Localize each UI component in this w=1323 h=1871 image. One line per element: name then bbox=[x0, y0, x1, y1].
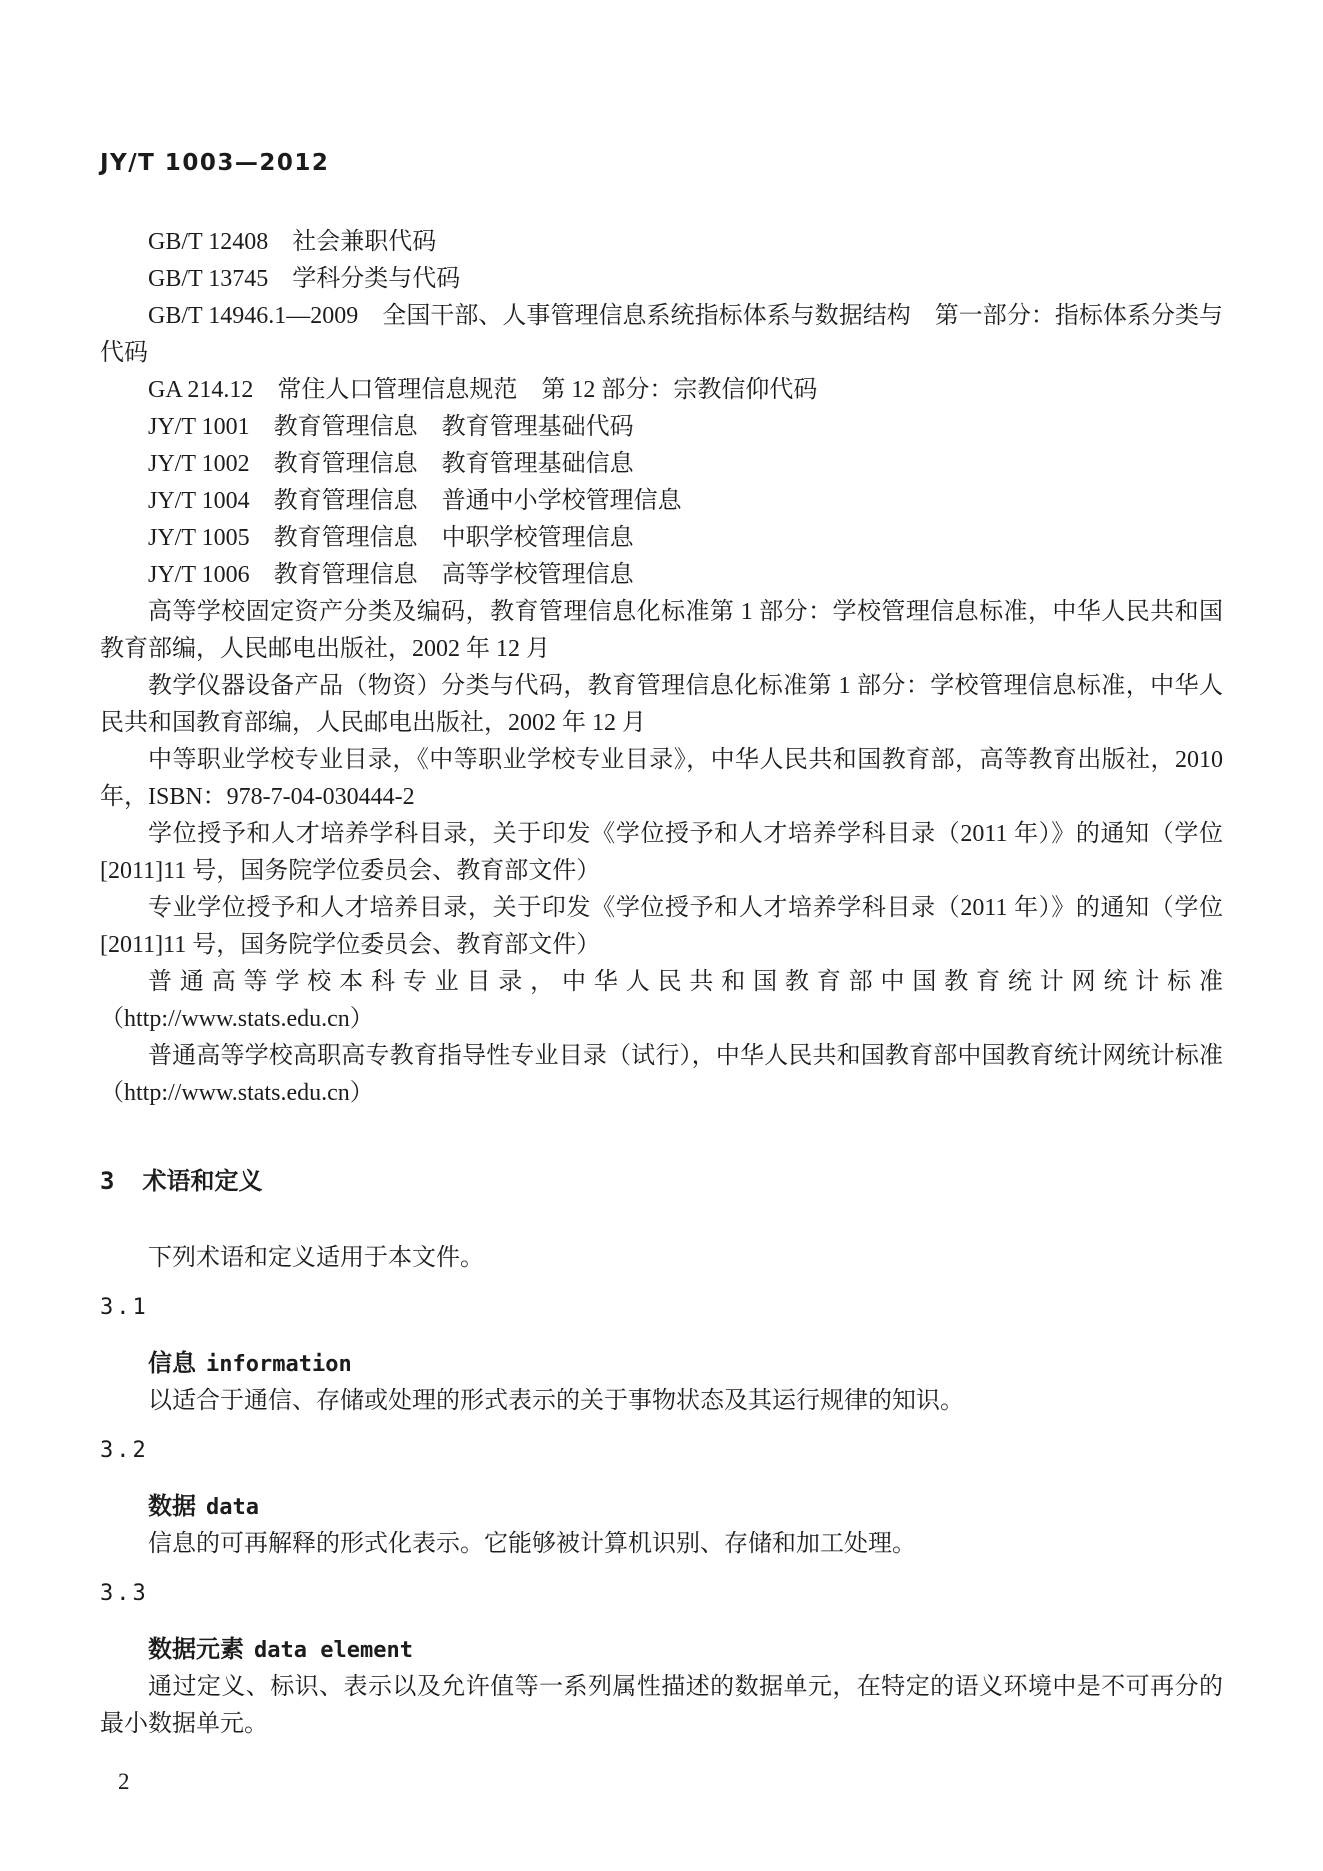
document-code-header: JY/T 1003—2012 bbox=[100, 148, 1223, 178]
term-title-line: 数据元素data element bbox=[100, 1631, 1223, 1669]
term-block-3-1: 3.1 信息information 以适合于通信、存储或处理的形式表示的关于事物… bbox=[100, 1291, 1223, 1420]
reference-item: GB/T 12408 社会兼职代码 bbox=[100, 224, 1223, 261]
term-english: data bbox=[206, 1495, 259, 1520]
page-number: 2 bbox=[100, 1767, 1223, 1797]
section-3-heading: 3术语和定义 bbox=[100, 1164, 1223, 1198]
term-chinese: 信息 bbox=[148, 1349, 196, 1377]
term-chinese: 数据 bbox=[148, 1492, 196, 1520]
reference-item: JY/T 1006 教育管理信息 高等学校管理信息 bbox=[100, 557, 1223, 594]
reference-item: JY/T 1001 教育管理信息 教育管理基础代码 bbox=[100, 409, 1223, 446]
reference-item: JY/T 1004 教育管理信息 普通中小学校管理信息 bbox=[100, 483, 1223, 520]
term-number: 3.1 bbox=[100, 1291, 1223, 1325]
term-english: data element bbox=[254, 1638, 413, 1663]
references-list: GB/T 12408 社会兼职代码 GB/T 13745 学科分类与代码 GB/… bbox=[100, 224, 1223, 1112]
document-page: JY/T 1003—2012 GB/T 12408 社会兼职代码 GB/T 13… bbox=[0, 0, 1323, 1871]
reference-item: GB/T 14946.1—2009 全国干部、人事管理信息系统指标体系与数据结构… bbox=[100, 298, 1223, 372]
reference-item: JY/T 1005 教育管理信息 中职学校管理信息 bbox=[100, 520, 1223, 557]
term-block-3-2: 3.2 数据data 信息的可再解释的形式化表示。它能够被计算机识别、存储和加工… bbox=[100, 1434, 1223, 1563]
reference-item: JY/T 1002 教育管理信息 教育管理基础信息 bbox=[100, 446, 1223, 483]
reference-item: 普通高等学校高职高专教育指导性专业目录（试行），中华人民共和国教育部中国教育统计… bbox=[100, 1038, 1223, 1112]
term-number: 3.2 bbox=[100, 1434, 1223, 1468]
section-intro-text: 下列术语和定义适用于本文件。 bbox=[100, 1240, 1223, 1277]
term-chinese: 数据元素 bbox=[148, 1635, 244, 1663]
term-definition: 以适合于通信、存储或处理的形式表示的关于事物状态及其运行规律的知识。 bbox=[100, 1383, 1223, 1420]
reference-item: 高等学校固定资产分类及编码，教育管理信息化标准第 1 部分：学校管理信息标准，中… bbox=[100, 594, 1223, 668]
reference-item: 教学仪器设备产品（物资）分类与代码，教育管理信息化标准第 1 部分：学校管理信息… bbox=[100, 668, 1223, 742]
reference-item: GA 214.12 常住人口管理信息规范 第 12 部分：宗教信仰代码 bbox=[100, 372, 1223, 409]
term-block-3-3: 3.3 数据元素data element 通过定义、标识、表示以及允许值等一系列… bbox=[100, 1577, 1223, 1743]
reference-item: 学位授予和人才培养学科目录，关于印发《学位授予和人才培养学科目录（2011 年）… bbox=[100, 816, 1223, 890]
reference-item: 普通高等学校本科专业目录，中华人民共和国教育部中国教育统计网统计标准（http:… bbox=[100, 964, 1223, 1038]
reference-item: GB/T 13745 学科分类与代码 bbox=[100, 261, 1223, 298]
section-title: 术语和定义 bbox=[142, 1167, 262, 1195]
term-definition: 信息的可再解释的形式化表示。它能够被计算机识别、存储和加工处理。 bbox=[100, 1526, 1223, 1563]
term-title-line: 数据data bbox=[100, 1488, 1223, 1526]
term-definition: 通过定义、标识、表示以及允许值等一系列属性描述的数据单元，在特定的语义环境中是不… bbox=[100, 1669, 1223, 1743]
term-number: 3.3 bbox=[100, 1577, 1223, 1611]
term-english: information bbox=[206, 1352, 352, 1377]
reference-item: 中等职业学校专业目录，《中等职业学校专业目录》，中华人民共和国教育部，高等教育出… bbox=[100, 742, 1223, 816]
section-number: 3 bbox=[100, 1167, 114, 1195]
term-title-line: 信息information bbox=[100, 1345, 1223, 1383]
reference-item: 专业学位授予和人才培养目录，关于印发《学位授予和人才培养学科目录（2011 年）… bbox=[100, 890, 1223, 964]
